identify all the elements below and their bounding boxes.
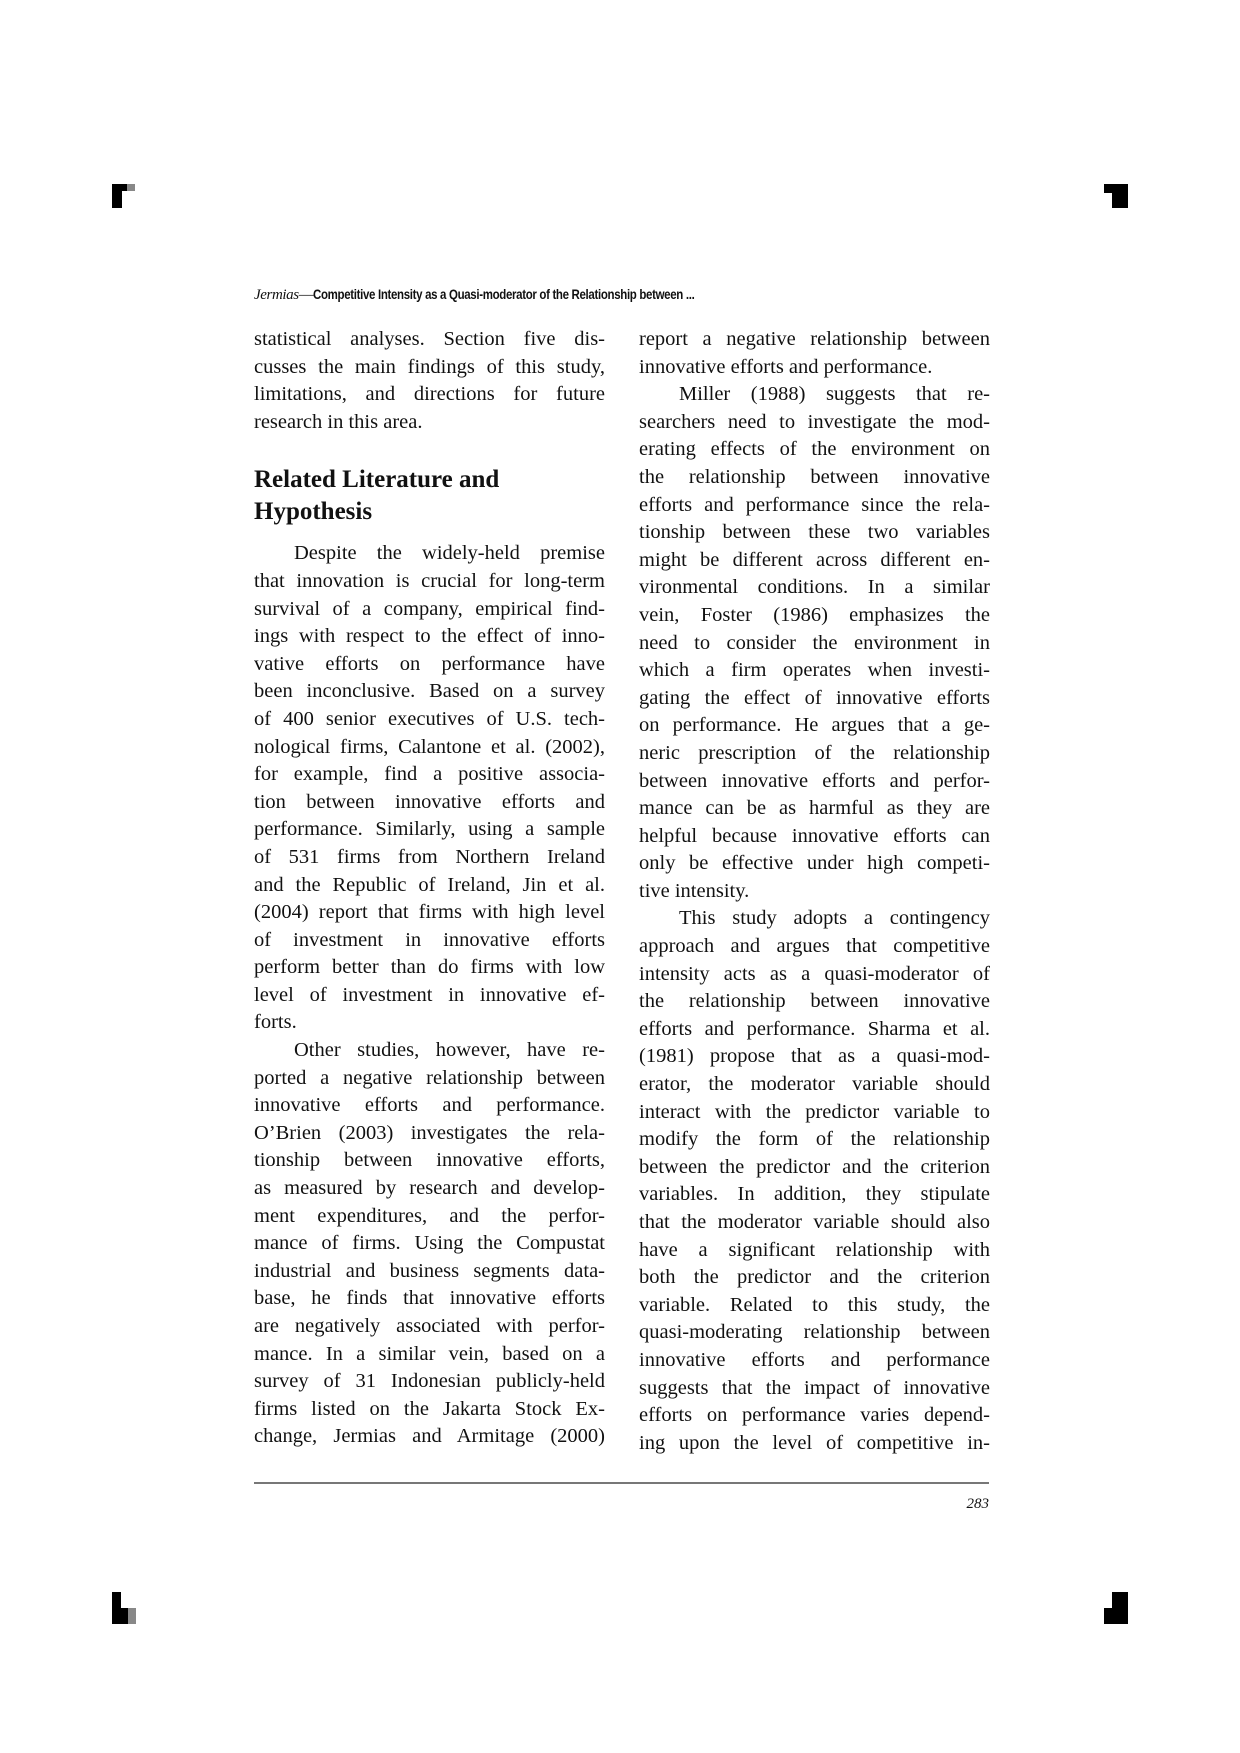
text-line: forts.	[254, 1009, 605, 1037]
text-line: vironmental conditions. In a similar	[639, 574, 990, 602]
text-line: been inconclusive. Based on a survey	[254, 678, 605, 706]
text-line: This study adopts a contingency	[639, 905, 990, 933]
text-line: efforts on performance varies depend-	[639, 1402, 990, 1430]
text-line: erating effects of the environment on	[639, 436, 990, 464]
text-line: efforts and performance. Sharma et al.	[639, 1016, 990, 1044]
paragraph-other-studies: Other studies, however, have re- ported …	[254, 1037, 605, 1451]
text-line: mance of firms. Using the Compustat	[254, 1230, 605, 1258]
crop-mark-top-left-gray	[127, 184, 135, 191]
running-header-separator: —	[299, 287, 314, 303]
text-line: need to consider the environment in	[639, 630, 990, 658]
text-line: vative efforts on performance have	[254, 651, 605, 679]
text-line: limitations, and directions for future	[254, 381, 605, 409]
text-line: searchers need to investigate the mod-	[639, 409, 990, 437]
text-line: variable. Related to this study, the	[639, 1292, 990, 1320]
text-line: have a significant relationship with	[639, 1237, 990, 1265]
text-line: innovative efforts and performance.	[254, 1092, 605, 1120]
page-number: 283	[900, 1496, 989, 1513]
footer-rule	[254, 1482, 989, 1484]
text-line: base, he finds that innovative efforts	[254, 1285, 605, 1313]
text-line: and the Republic of Ireland, Jin et al.	[254, 872, 605, 900]
text-line: of 400 senior executives of U.S. tech-	[254, 706, 605, 734]
text-line: change, Jermias and Armitage (2000)	[254, 1423, 605, 1451]
heading-line: Hypothesis	[254, 496, 605, 528]
text-line: mance. In a similar vein, based on a	[254, 1341, 605, 1369]
text-line: report a negative relationship between	[639, 326, 990, 354]
text-line: that the moderator variable should also	[639, 1209, 990, 1237]
crop-mark-bottom-left-gray	[128, 1608, 136, 1624]
text-line: (1981) propose that as a quasi-mod-	[639, 1043, 990, 1071]
left-column: statistical analyses. Section five dis- …	[254, 326, 605, 1451]
text-line: industrial and business segments data-	[254, 1258, 605, 1286]
text-line: only be effective under high competi-	[639, 850, 990, 878]
text-line: as measured by research and develop-	[254, 1175, 605, 1203]
text-line: ings with respect to the effect of inno-	[254, 623, 605, 651]
crop-mark-bottom-left-arm	[112, 1608, 129, 1624]
text-line: neric prescription of the relationship	[639, 740, 990, 768]
text-line: both the predictor and the criterion	[639, 1264, 990, 1292]
running-header-author: Jermias	[254, 287, 299, 303]
text-line: the relationship between innovative	[639, 464, 990, 492]
text-line: vein, Foster (1986) emphasizes the	[639, 602, 990, 630]
text-line: level of investment in innovative ef-	[254, 982, 605, 1010]
text-line: survival of a company, empirical find-	[254, 596, 605, 624]
text-line: tionship between innovative efforts,	[254, 1147, 605, 1175]
text-line: suggests that the impact of innovative	[639, 1375, 990, 1403]
text-line: of investment in innovative efforts	[254, 927, 605, 955]
text-line: interact with the predictor variable to	[639, 1099, 990, 1127]
text-line: ing upon the level of competitive in-	[639, 1430, 990, 1458]
text-line: that innovation is crucial for long-term	[254, 568, 605, 596]
right-column: report a negative relationship between i…	[639, 326, 990, 1457]
text-line: research in this area.	[254, 409, 605, 437]
text-line: firms listed on the Jakarta Stock Ex-	[254, 1396, 605, 1424]
text-line: (2004) report that firms with high level	[254, 899, 605, 927]
paragraph-continuation: statistical analyses. Section five dis- …	[254, 326, 605, 436]
text-line: might be different across different en-	[639, 547, 990, 575]
heading-line: Related Literature and	[254, 464, 605, 496]
text-line: for example, find a positive associa-	[254, 761, 605, 789]
text-line: on performance. He argues that a ge-	[639, 712, 990, 740]
text-line: tionship between these two variables	[639, 519, 990, 547]
paragraph-miller: Miller (1988) suggests that re- searcher…	[639, 381, 990, 905]
running-header-title: Competitive Intensity as a Quasi-moderat…	[313, 286, 694, 302]
text-line: are negatively associated with perfor-	[254, 1313, 605, 1341]
text-line: quasi-moderating relationship between	[639, 1319, 990, 1347]
text-line: tive intensity.	[639, 878, 990, 906]
text-line: efforts and performance since the rela-	[639, 492, 990, 520]
text-line: innovative efforts and performance.	[639, 354, 990, 382]
text-line: between the predictor and the criterion	[639, 1154, 990, 1182]
running-header: Jermias—Competitive Intensity as a Quasi…	[254, 286, 778, 304]
text-line: variables. In addition, they stipulate	[639, 1181, 990, 1209]
text-line: ment expenditures, and the perfor-	[254, 1203, 605, 1231]
text-line: approach and argues that competitive	[639, 933, 990, 961]
text-line: mance can be as harmful as they are	[639, 795, 990, 823]
text-line: cusses the main findings of this study,	[254, 354, 605, 382]
paragraph-despite: Despite the widely-held premise that inn…	[254, 540, 605, 1037]
paragraph-this-study: This study adopts a contingency approach…	[639, 905, 990, 1457]
text-line: survey of 31 Indonesian publicly-held	[254, 1368, 605, 1396]
text-line: ported a negative relationship between	[254, 1065, 605, 1093]
text-line: erator, the moderator variable should	[639, 1071, 990, 1099]
text-line: nological firms, Calantone et al. (2002)…	[254, 734, 605, 762]
text-line: helpful because innovative efforts can	[639, 823, 990, 851]
text-line: tion between innovative efforts and	[254, 789, 605, 817]
text-line: Despite the widely-held premise	[254, 540, 605, 568]
crop-mark-top-right-stem	[1112, 184, 1128, 208]
section-heading: Related Literature and Hypothesis	[254, 464, 605, 528]
text-line: the relationship between innovative	[639, 988, 990, 1016]
text-line: between innovative efforts and perfor-	[639, 768, 990, 796]
text-line: of 531 firms from Northern Ireland	[254, 844, 605, 872]
text-line: intensity acts as a quasi-moderator of	[639, 961, 990, 989]
text-line: perform better than do firms with low	[254, 954, 605, 982]
paragraph-continuation: report a negative relationship between i…	[639, 326, 990, 381]
text-line: performance. Similarly, using a sample	[254, 816, 605, 844]
text-line: gating the effect of innovative efforts	[639, 685, 990, 713]
text-line: statistical analyses. Section five dis-	[254, 326, 605, 354]
text-line: Other studies, however, have re-	[254, 1037, 605, 1065]
text-line: which a firm operates when investi-	[639, 657, 990, 685]
text-line: modify the form of the relationship	[639, 1126, 990, 1154]
text-line: innovative efforts and performance	[639, 1347, 990, 1375]
text-line: Miller (1988) suggests that re-	[639, 381, 990, 409]
text-line: O’Brien (2003) investigates the rela-	[254, 1120, 605, 1148]
crop-mark-bottom-right-arm	[1104, 1608, 1128, 1624]
